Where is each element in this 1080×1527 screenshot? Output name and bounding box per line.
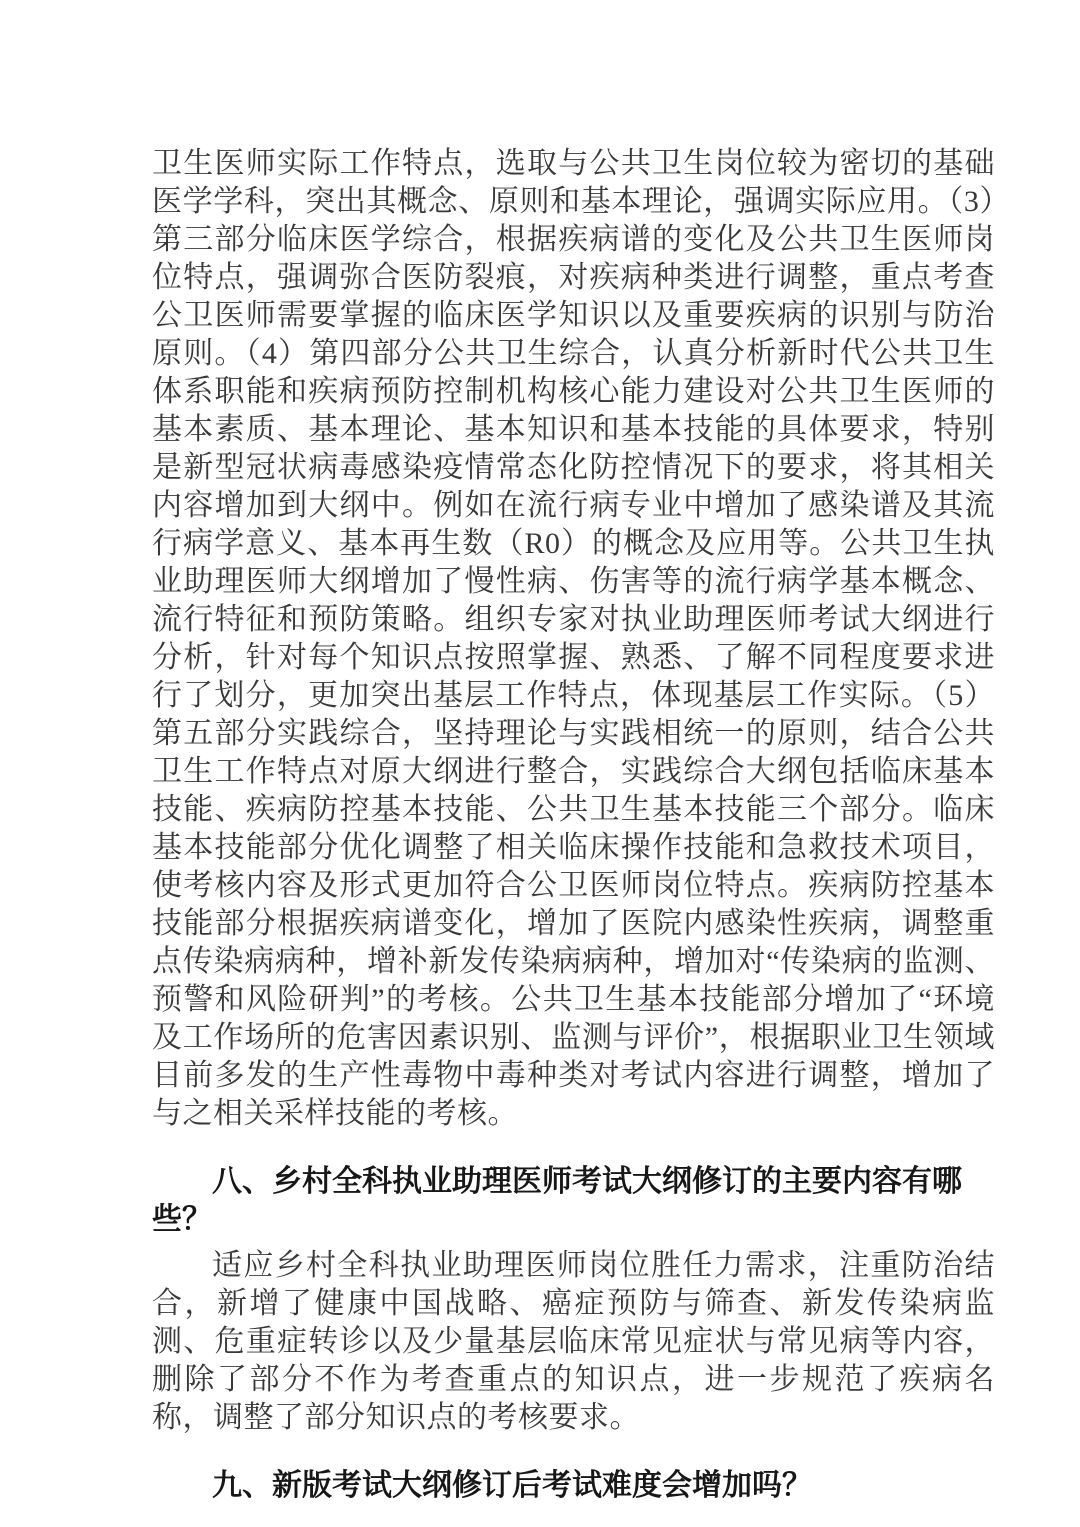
- section-heading-9: 九、新版考试大纲修订后考试难度会增加吗？: [152, 1467, 995, 1505]
- section-heading-8: 八、乡村全科执业助理医师考试大纲修订的主要内容有哪些？: [152, 1163, 995, 1239]
- continuation-paragraph: 卫生医师实际工作特点，选取与公共卫生岗位较为密切的基础医学学科，突出其概念、原则…: [152, 145, 995, 1133]
- section-8-paragraph: 适应乡村全科执业助理医师岗位胜任力需求，注重防治结合，新增了健康中国战略、癌症预…: [152, 1247, 995, 1437]
- document-page: 卫生医师实际工作特点，选取与公共卫生岗位较为密切的基础医学学科，突出其概念、原则…: [0, 0, 1080, 1527]
